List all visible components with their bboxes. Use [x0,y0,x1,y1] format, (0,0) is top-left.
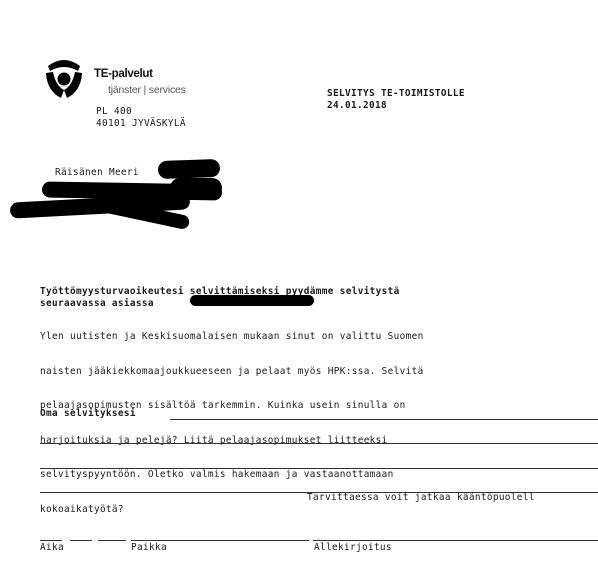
recipient-name: Räisänen Meeri [55,167,139,179]
response-line[interactable] [40,443,598,444]
response-label: Oma selvityksesi [40,408,136,420]
question-body-line: harjoituksia ja pelejä? Liitä pelaajasop… [40,435,424,447]
address-line-2: 40101 JYVÄSKYLÄ [96,118,186,130]
time-field-month[interactable] [70,540,92,541]
signature-label: Allekirjoitus [314,542,392,554]
time-field-day[interactable] [40,540,62,541]
redaction-mark [190,295,314,306]
sender-address: PL 400 40101 JYVÄSKYLÄ [96,106,186,129]
brand-tagline: tjänster | services [108,84,186,96]
place-label: Paikka [131,542,167,554]
place-field[interactable] [131,540,309,541]
time-label: Aika [40,542,64,554]
response-line[interactable] [170,419,598,420]
redaction-mark [158,159,221,179]
continue-note: Tarvittaessa voit jatkaa kääntöpuolell [307,492,535,504]
response-line[interactable] [40,468,598,469]
question-body-line: selvityspyyntöön. Oletko valmis hakemaan… [40,469,424,481]
question-body-line: kokoaikatyötä? [40,504,424,516]
document-title: SELVITYS TE-TOIMISTOLLE [327,88,465,100]
question-body-line: naisten jääkiekkomaajoukkueeseen ja pela… [40,366,424,378]
signature-field[interactable] [313,540,598,541]
address-line-1: PL 400 [96,106,186,118]
te-palvelut-logo-icon [42,56,86,100]
time-field-year[interactable] [98,540,126,541]
document-header: SELVITYS TE-TOIMISTOLLE 24.01.2018 [327,88,465,111]
document-date: 24.01.2018 [327,100,465,112]
question-body-line: Ylen uutisten ja Keskisuomalaisen mukaan… [40,331,424,343]
brand-name: TE-palvelut [94,68,153,80]
